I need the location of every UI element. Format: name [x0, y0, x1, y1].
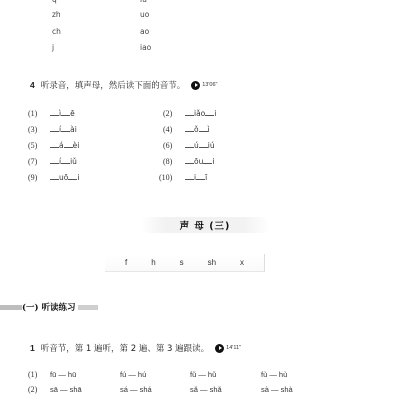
blank-field[interactable] — [61, 156, 70, 164]
blank-field[interactable] — [203, 156, 212, 164]
syllable-pair: fú — hú — [120, 370, 146, 379]
item-label: (10) — [159, 173, 185, 182]
syllable-final: uō — [59, 173, 68, 182]
syllable-pair: sǎ — shǎ — [190, 385, 222, 394]
blank-field[interactable] — [68, 172, 77, 180]
audio-timestamp: 13'06" — [202, 82, 217, 88]
syllable-final: iú — [208, 141, 215, 150]
syllable-pair: sà — shà — [261, 385, 293, 394]
blank-field[interactable] — [185, 124, 194, 132]
fill-item-1: (1)ìē — [28, 108, 75, 118]
blank-field[interactable] — [50, 124, 59, 132]
top-table-right-2: ao — [140, 27, 149, 36]
exercise-instruction: 听录音，填声母，然后读下面的音节。 — [41, 79, 186, 91]
subsection-title: (一) 听读练习 — [22, 301, 76, 313]
exercise-instruction: 听音节，第 1 遍听，第 2 遍、第 3 遍跟读。 — [41, 342, 209, 354]
item-label: (7) — [28, 157, 50, 166]
blank-field[interactable] — [50, 108, 59, 116]
blank-field[interactable] — [50, 172, 59, 180]
decorative-bar — [0, 305, 22, 310]
audio-play-button[interactable]: 14'11" — [215, 344, 241, 353]
fill-item-10: (10)iī — [159, 172, 207, 182]
blank-field[interactable] — [196, 172, 205, 180]
fill-item-7: (7)íiǔ — [28, 156, 77, 166]
syllable-final: i — [212, 157, 214, 166]
syllable-final: i — [77, 173, 79, 182]
fill-item-4: (4)ǒì — [163, 124, 210, 134]
initial-h: h — [151, 258, 155, 267]
play-icon — [191, 81, 200, 90]
audio-play-button[interactable]: 13'06" — [191, 81, 217, 90]
fill-item-5: (5)áèi — [28, 140, 79, 150]
decorative-bar — [78, 305, 98, 310]
top-table-right-1: uo — [140, 10, 149, 19]
fill-item-3: (3)íài — [28, 124, 77, 134]
syllable-final: iǎo — [194, 109, 205, 118]
initial-x: x — [240, 258, 244, 267]
top-table-left-3: j — [52, 43, 54, 52]
row-label-2: (2) — [28, 385, 37, 394]
syllable-final: ì — [208, 125, 210, 134]
blank-field[interactable] — [185, 108, 194, 116]
syllable-final: èi — [73, 141, 80, 150]
top-table-left-2: ch — [52, 27, 61, 36]
top-table-right-3: iao — [140, 43, 151, 52]
item-label: (4) — [163, 125, 185, 134]
row-label-1: (1) — [28, 370, 37, 379]
syllable-pair: fū — hū — [50, 370, 76, 379]
blank-field[interactable] — [50, 140, 59, 148]
blank-field[interactable] — [199, 140, 208, 148]
fill-item-9: (9)uōi — [28, 172, 79, 182]
blank-field[interactable] — [205, 108, 214, 116]
item-label: (2) — [163, 109, 185, 118]
item-label: (6) — [163, 141, 185, 150]
item-label: (1) — [28, 109, 50, 118]
syllable-final: ī — [205, 173, 207, 182]
section-title: 声 母 (三) — [140, 217, 270, 233]
syllable-pair: fù — hù — [261, 370, 287, 379]
blank-field[interactable] — [50, 156, 59, 164]
audio-timestamp: 14'11" — [226, 345, 241, 351]
blank-field[interactable] — [64, 140, 73, 148]
syllable-final: ē — [70, 109, 75, 118]
blank-field[interactable] — [61, 124, 70, 132]
top-table-right-0: iu — [140, 0, 147, 4]
syllable-pair: fǔ — hǔ — [190, 370, 216, 379]
item-label: (3) — [28, 125, 50, 134]
syllable-pair: sá — shá — [120, 385, 152, 394]
item-label: (8) — [163, 157, 185, 166]
syllable-pair: sā — shā — [50, 385, 82, 394]
item-label: (9) — [28, 173, 50, 182]
initial-f: f — [125, 258, 127, 267]
blank-field[interactable] — [199, 124, 208, 132]
syllable-final: ōu — [194, 157, 203, 166]
blank-field[interactable] — [61, 108, 70, 116]
top-table-left-1: zh — [52, 10, 61, 19]
item-label: (5) — [28, 141, 50, 150]
fill-item-6: (6)úiú — [163, 140, 215, 150]
syllable-final: iǔ — [70, 157, 77, 166]
exercise-1-heading: 1 听音节，第 1 遍听，第 2 遍、第 3 遍跟读。 14'11" — [30, 342, 241, 354]
fill-item-8: (8)ōui — [163, 156, 214, 166]
blank-field[interactable] — [185, 140, 194, 148]
initials-list: f h s sh x — [105, 254, 265, 272]
blank-field[interactable] — [185, 172, 194, 180]
exercise-4-heading: 4 听录音，填声母，然后读下面的音节。 13'06" — [30, 79, 218, 91]
exercise-number: 4 — [30, 80, 35, 90]
play-icon — [215, 344, 224, 353]
initial-s: s — [180, 258, 184, 267]
initial-sh: sh — [208, 258, 216, 267]
exercise-number: 1 — [30, 343, 35, 353]
subsection-heading: (一) 听读练习 — [0, 301, 98, 313]
syllable-final: ài — [70, 125, 77, 134]
top-table-left-0: q — [52, 0, 57, 4]
syllable-final: i — [214, 109, 216, 118]
blank-field[interactable] — [185, 156, 194, 164]
fill-item-2: (2)iǎoi — [163, 108, 216, 118]
